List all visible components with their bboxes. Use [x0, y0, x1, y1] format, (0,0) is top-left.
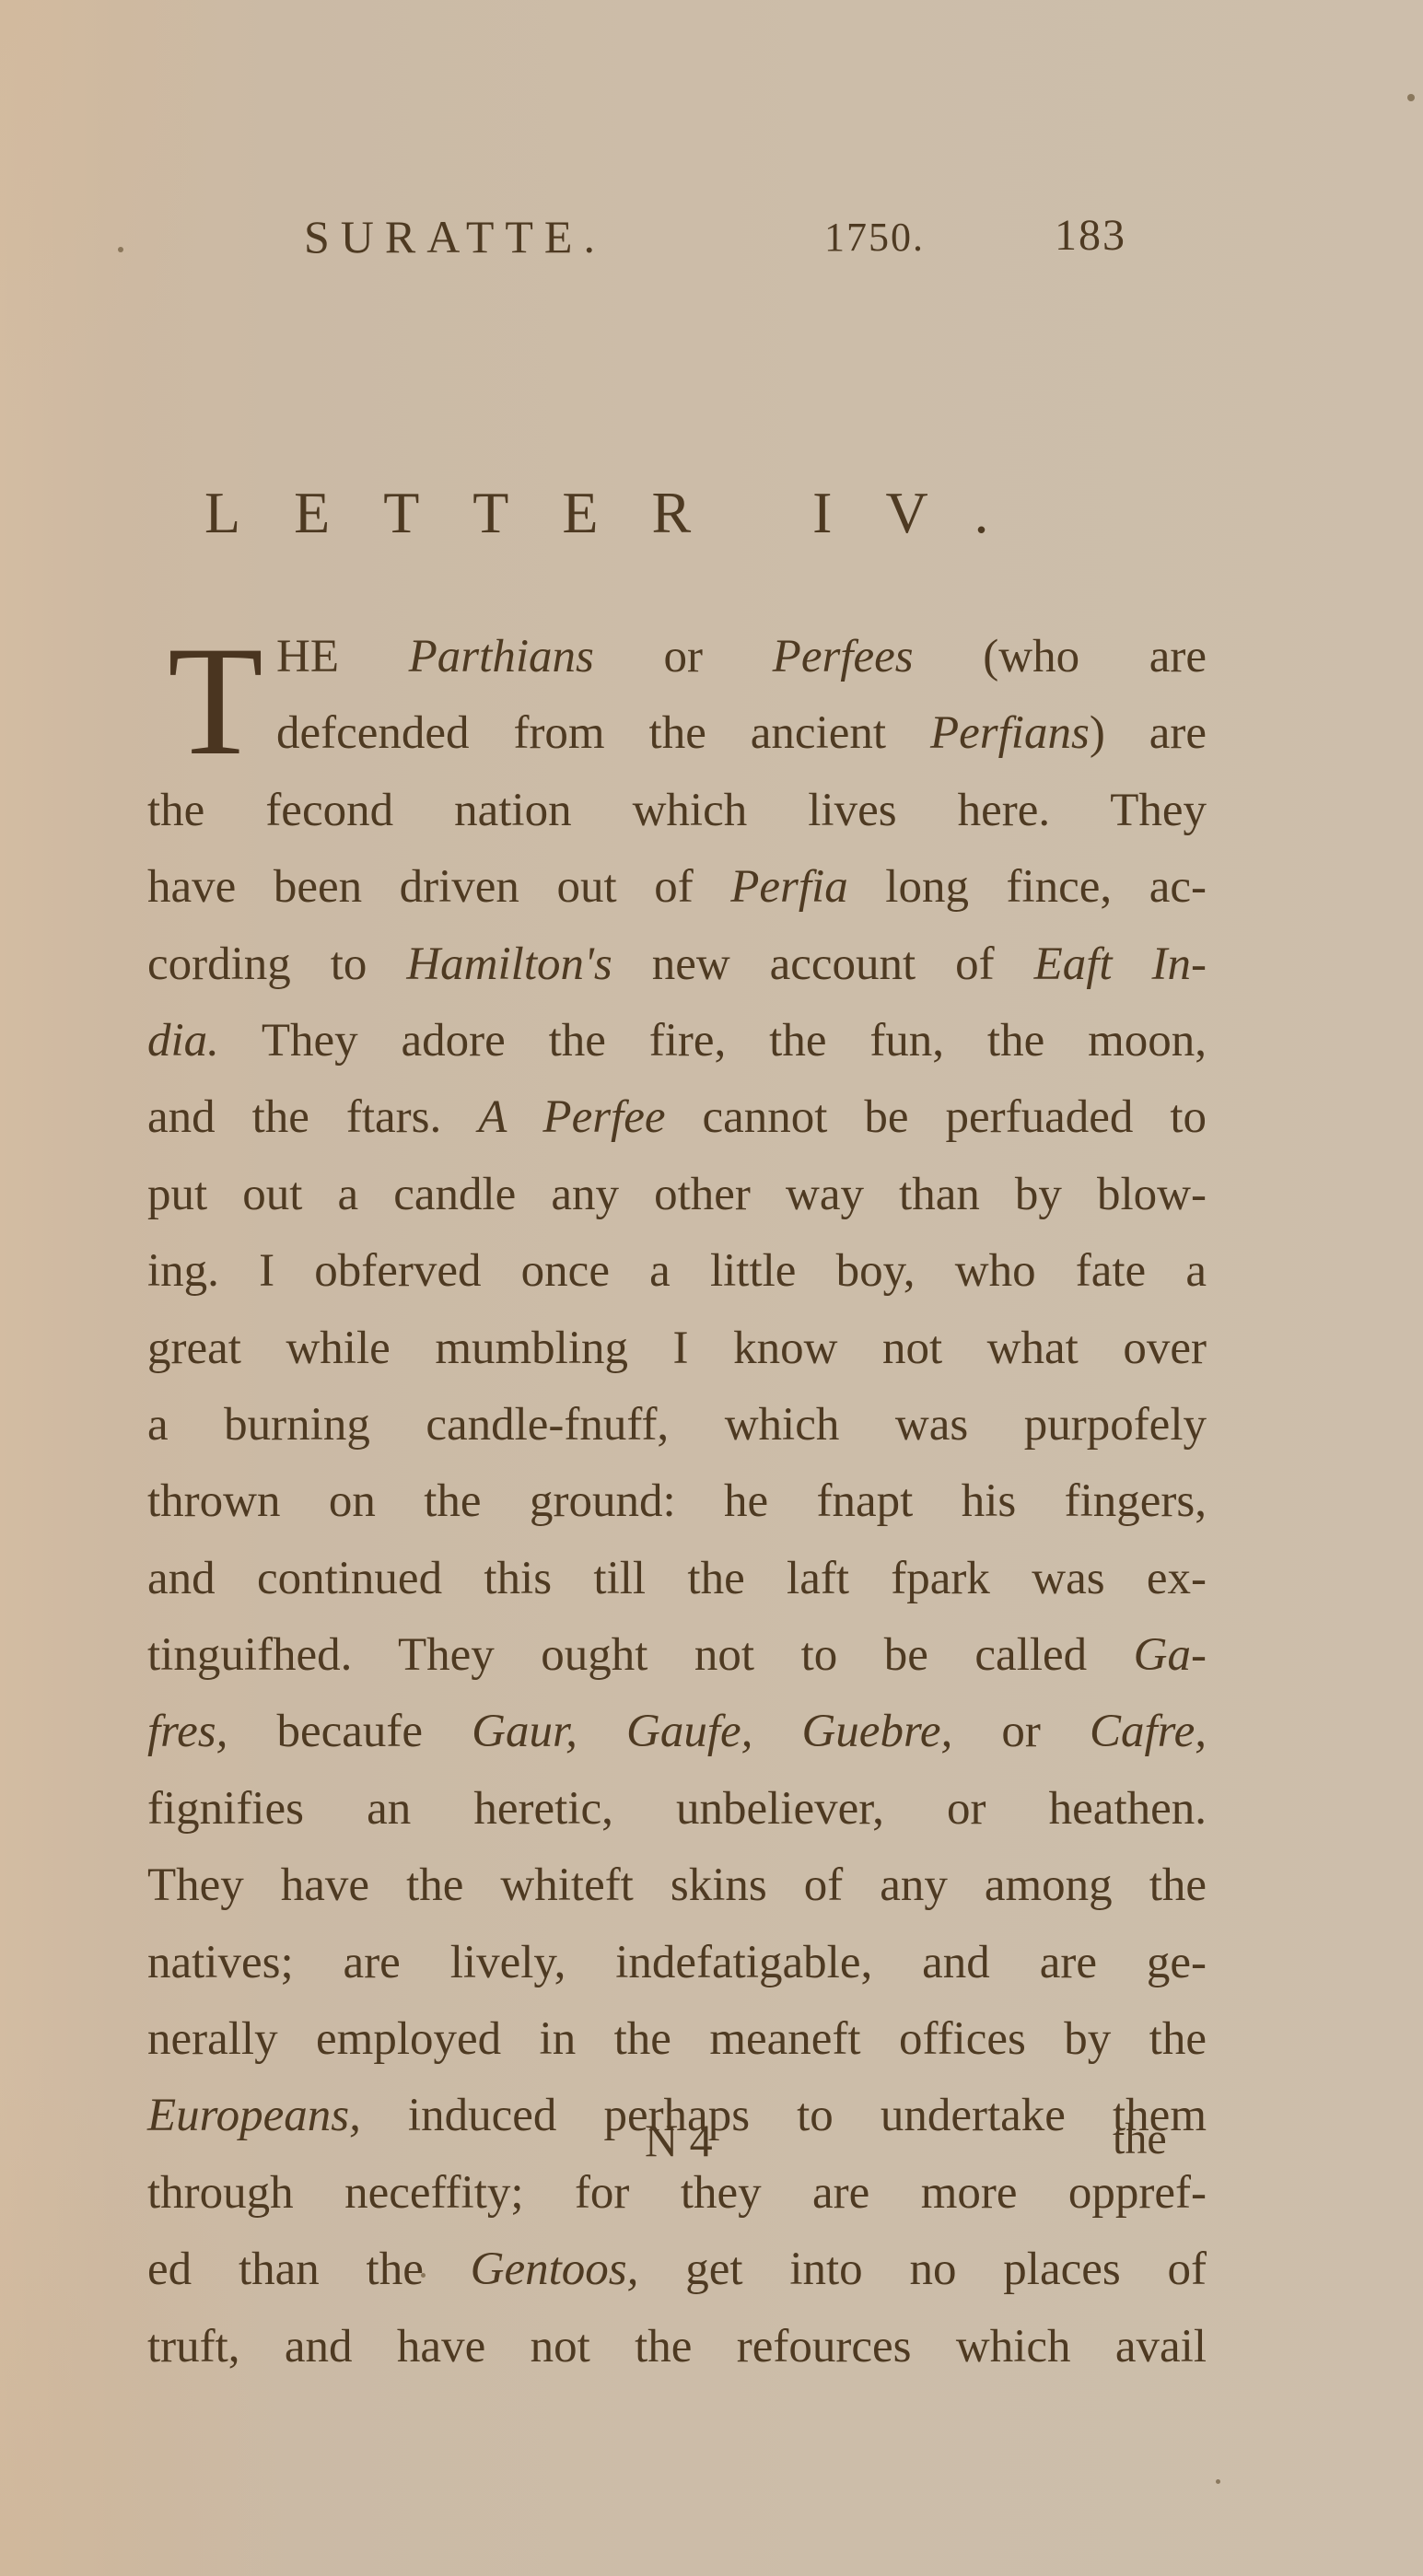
page-footer: N 4 the	[0, 2114, 1423, 2178]
text-line: defcended from the ancient Perfians) are	[276, 695, 1207, 772]
running-head: SURATTE. 1750. 183	[304, 210, 1216, 274]
text-line: cording to Hamilton's new account of Eaf…	[147, 927, 1207, 1003]
italic-text: Hamilton's	[406, 938, 612, 990]
roman-text: the fecond nation which lives here. They	[147, 785, 1207, 836]
italic-text: fres,	[147, 1706, 227, 1757]
roman-text: a burning candle-fnuff, which was purpof…	[147, 1399, 1207, 1451]
signature-mark: N 4	[645, 2114, 713, 2167]
italic-text: Parthians	[409, 631, 594, 682]
book-page: SURATTE. 1750. 183 LETTER IV. T HE Parth…	[0, 0, 1423, 2576]
roman-text: HE	[276, 631, 409, 682]
roman-text: get into no places of	[638, 2244, 1207, 2295]
roman-text: ) are	[1090, 707, 1207, 759]
italic-text: Eaft In-	[1034, 938, 1207, 990]
italic-text: Perfia	[730, 861, 847, 913]
paper-speck	[421, 2273, 426, 2278]
roman-text: put out a candle any other way than by b…	[147, 1169, 1207, 1220]
italic-text: Perfees	[773, 631, 914, 682]
roman-text: or	[594, 631, 773, 682]
roman-text: tinguifhed. They ought not to be called	[147, 1629, 1134, 1681]
text-line: tinguifhed. They ought not to be called …	[147, 1617, 1207, 1694]
roman-text: They have the whiteft skins of any among…	[147, 1859, 1207, 1911]
text-line: nerally employed in the meaneft offices …	[147, 2001, 1207, 2078]
paper-speck	[1407, 94, 1415, 101]
roman-text: nerally employed in the meaneft offices …	[147, 2013, 1207, 2065]
catchword: the	[1113, 2114, 1167, 2164]
roman-text: defcended from the ancient	[276, 707, 930, 759]
roman-text: thrown on the ground: he fnapt his finge…	[147, 1475, 1207, 1527]
text-line: ed than the Gentoos, get into no places …	[147, 2232, 1207, 2308]
text-line: truft, and have not the refources which …	[147, 2309, 1207, 2385]
italic-text: Cafre,	[1090, 1706, 1207, 1757]
text-line: and the ftars. A Perfee cannot be perfua…	[147, 1079, 1207, 1156]
roman-text: ing. I obferved once a little boy, who f…	[147, 1245, 1207, 1297]
roman-text: (who are	[914, 631, 1207, 682]
text-line: thrown on the ground: he fnapt his finge…	[147, 1463, 1207, 1540]
roman-text: truft, and have not the refources which …	[147, 2321, 1207, 2372]
roman-text: fignifies an heretic, unbeliever, or hea…	[147, 1783, 1207, 1835]
paper-speck	[118, 247, 123, 252]
running-title: SURATTE.	[304, 210, 606, 263]
running-year: 1750.	[824, 214, 925, 261]
text-line: great while mumbling I know not what ove…	[147, 1311, 1207, 1387]
text-line: a burning candle-fnuff, which was purpof…	[147, 1387, 1207, 1463]
roman-text: long fince, ac-	[848, 861, 1207, 913]
roman-text: and continued this till the laft fpark w…	[147, 1553, 1207, 1604]
roman-text: great while mumbling I know not what ove…	[147, 1323, 1207, 1374]
text-line: dia. They adore the fire, the fun, the m…	[147, 1003, 1207, 1079]
roman-text: becaufe	[227, 1706, 472, 1757]
text-line: put out a candle any other way than by b…	[147, 1157, 1207, 1233]
roman-text: natives; are lively, indefatigable, and …	[147, 1937, 1207, 1988]
text-line: HE Parthians or Perfees (who are	[276, 619, 1207, 695]
roman-text: cording to	[147, 938, 406, 990]
text-line: fignifies an heretic, unbeliever, or hea…	[147, 1771, 1207, 1847]
italic-text: Ga-	[1134, 1629, 1207, 1681]
text-line: have been driven out of Perfia long finc…	[147, 849, 1207, 926]
italic-text: Perfians	[930, 707, 1090, 759]
text-line: They have the whiteft skins of any among…	[147, 1847, 1207, 1924]
paper-speck	[1216, 2479, 1220, 2484]
roman-text: new account of	[612, 938, 1034, 990]
italic-text: Gentoos,	[471, 2244, 639, 2295]
italic-text: A Perfee	[478, 1091, 665, 1143]
text-line: fres, becaufe Gaur, Gaufe, Guebre, or Ca…	[147, 1694, 1207, 1770]
text-line: ing. I obferved once a little boy, who f…	[147, 1233, 1207, 1310]
roman-text: have been driven out of	[147, 861, 730, 913]
italic-text: dia.	[147, 1015, 219, 1067]
roman-text: or	[952, 1706, 1090, 1757]
text-line: the fecond nation which lives here. They	[147, 773, 1207, 849]
text-line: and continued this till the laft fpark w…	[147, 1541, 1207, 1617]
roman-text: and the ftars.	[147, 1091, 478, 1143]
roman-text: They adore the fire, the fun, the moon,	[219, 1015, 1207, 1067]
letter-heading: LETTER IV.	[204, 479, 1126, 547]
page-number: 183	[1055, 210, 1126, 261]
italic-text: Gaur, Gaufe, Guebre,	[472, 1706, 952, 1757]
text-line: natives; are lively, indefatigable, and …	[147, 1925, 1207, 2001]
roman-text: cannot be perfuaded to	[666, 1091, 1207, 1143]
roman-text: ed than the	[147, 2244, 471, 2295]
